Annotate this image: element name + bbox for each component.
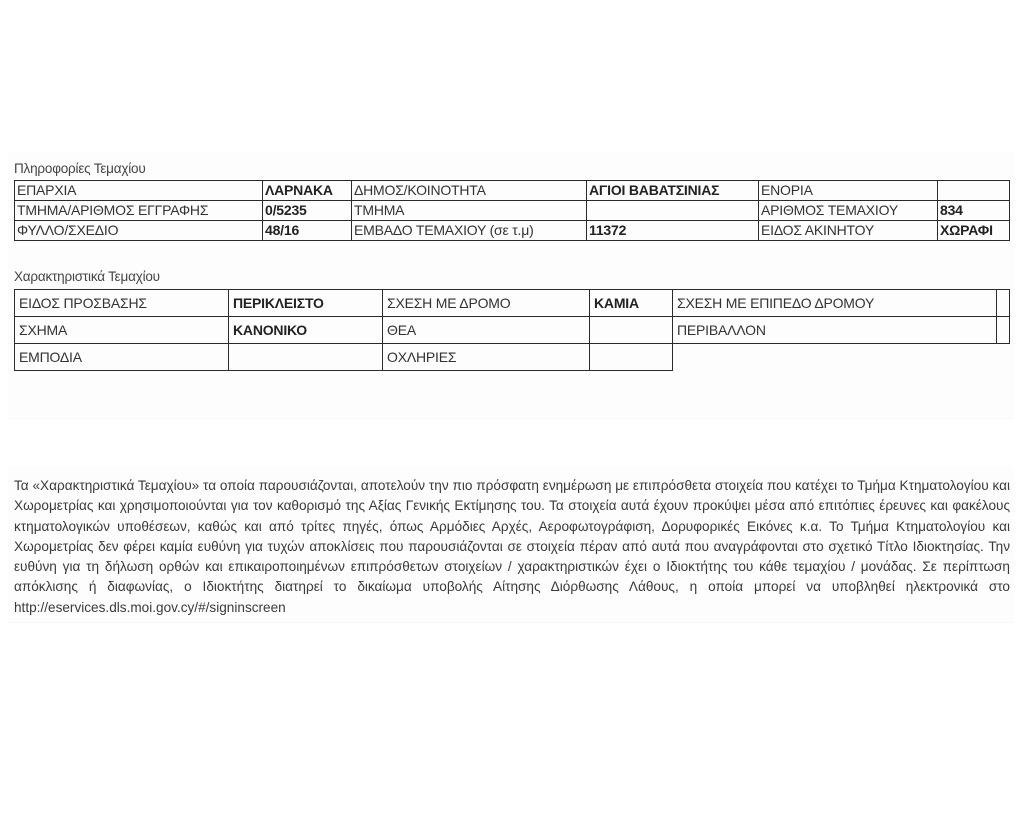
value-access-type: ΠΕΡΙΚΛΕΙΣΤΟ [229, 290, 383, 317]
label-road-level: ΣΧΕΣΗ ΜΕ ΕΠΙΠΕΔΟ ΔΡΟΜΟΥ [673, 290, 997, 317]
label-road-relation: ΣΧΕΣΗ ΜΕ ΔΡΟΜΟ [383, 290, 590, 317]
value-area: 11372 [587, 221, 759, 241]
table-row: ΤΜΗΜΑ/ΑΡΙΘΜΟΣ ΕΓΓΡΑΦΗΣ 0/5235 ΤΜΗΜΑ ΑΡΙΘ… [15, 201, 1010, 221]
label-view: ΘΕΑ [383, 317, 590, 344]
value-province: ΛΑΡΝΑΚΑ [263, 181, 352, 201]
value-view [590, 317, 673, 344]
value-road-level [997, 290, 1010, 317]
label-obstacles: ΕΜΠΟΔΙΑ [15, 344, 229, 371]
label-property-type: ΕΙΔΟΣ ΑΚΙΝΗΤΟΥ [759, 221, 938, 241]
disclaimer-text: Τα «Χαρακτηριστικά Τεμαχίου» τα οποία πα… [14, 476, 1010, 618]
label-municipality: ΔΗΜΟΣ/ΚΟΙΝΟΤΗΤΑ [352, 181, 587, 201]
value-nuisances [590, 344, 673, 371]
value-parish [938, 181, 1010, 201]
label-parcel-number: ΑΡΙΘΜΟΣ ΤΕΜΑΧΙΟΥ [759, 201, 938, 221]
value-sheet-plan: 48/16 [263, 221, 352, 241]
label-access-type: ΕΙΔΟΣ ΠΡΟΣΒΑΣΗΣ [15, 290, 229, 317]
value-road-relation: ΚΑΜΙΑ [590, 290, 673, 317]
label-block: ΤΜΗΜΑ [352, 201, 587, 221]
table-row: ΦΥΛΛΟ/ΣΧΕΔΙΟ 48/16 ΕΜΒΑΔΟ ΤΕΜΑΧΙΟΥ (σε τ… [15, 221, 1010, 241]
value-block [587, 201, 759, 221]
table-row: ΣΧΗΜΑ ΚΑΝΟΝΙΚΟ ΘΕΑ ΠΕΡΙΒΑΛΛΟΝ [15, 317, 1010, 344]
value-environment [997, 317, 1010, 344]
parcel-characteristics-table: ΕΙΔΟΣ ΠΡΟΣΒΑΣΗΣ ΠΕΡΙΚΛΕΙΣΤΟ ΣΧΕΣΗ ΜΕ ΔΡΟ… [14, 289, 1010, 371]
empty-cell [997, 344, 1010, 371]
value-obstacles [229, 344, 383, 371]
label-parish: ΕΝΟΡΙΑ [759, 181, 938, 201]
label-area: ΕΜΒΑΔΟ ΤΕΜΑΧΙΟΥ (σε τ.μ) [352, 221, 587, 241]
table-row: ΕΜΠΟΔΙΑ ΟΧΛΗΡΙΕΣ [15, 344, 1010, 371]
parcel-info-table: ΕΠΑΡΧΙΑ ΛΑΡΝΑΚΑ ΔΗΜΟΣ/ΚΟΙΝΟΤΗΤΑ ΑΓΙΟΙ ΒΑ… [14, 180, 1010, 241]
value-shape: ΚΑΝΟΝΙΚΟ [229, 317, 383, 344]
label-environment: ΠΕΡΙΒΑΛΛΟΝ [673, 317, 997, 344]
table-row: ΕΠΑΡΧΙΑ ΛΑΡΝΑΚΑ ΔΗΜΟΣ/ΚΟΙΝΟΤΗΤΑ ΑΓΙΟΙ ΒΑ… [15, 181, 1010, 201]
value-registration: 0/5235 [263, 201, 352, 221]
label-sheet-plan: ΦΥΛΛΟ/ΣΧΕΔΙΟ [15, 221, 263, 241]
value-parcel-number: 834 [938, 201, 1010, 221]
table-row: ΕΙΔΟΣ ΠΡΟΣΒΑΣΗΣ ΠΕΡΙΚΛΕΙΣΤΟ ΣΧΕΣΗ ΜΕ ΔΡΟ… [15, 290, 1010, 317]
empty-cell [673, 344, 997, 371]
parcel-info-title: Πληροφορίες Τεμαχίου [14, 161, 146, 176]
value-property-type: ΧΩΡΑΦΙ [938, 221, 1010, 241]
label-shape: ΣΧΗΜΑ [15, 317, 229, 344]
label-registration: ΤΜΗΜΑ/ΑΡΙΘΜΟΣ ΕΓΓΡΑΦΗΣ [15, 201, 263, 221]
label-province: ΕΠΑΡΧΙΑ [15, 181, 263, 201]
label-nuisances: ΟΧΛΗΡΙΕΣ [383, 344, 590, 371]
value-municipality: ΑΓΙΟΙ ΒΑΒΑΤΣΙΝΙΑΣ [587, 181, 759, 201]
parcel-characteristics-title: Χαρακτηριστικά Τεμαχίου [14, 269, 160, 284]
